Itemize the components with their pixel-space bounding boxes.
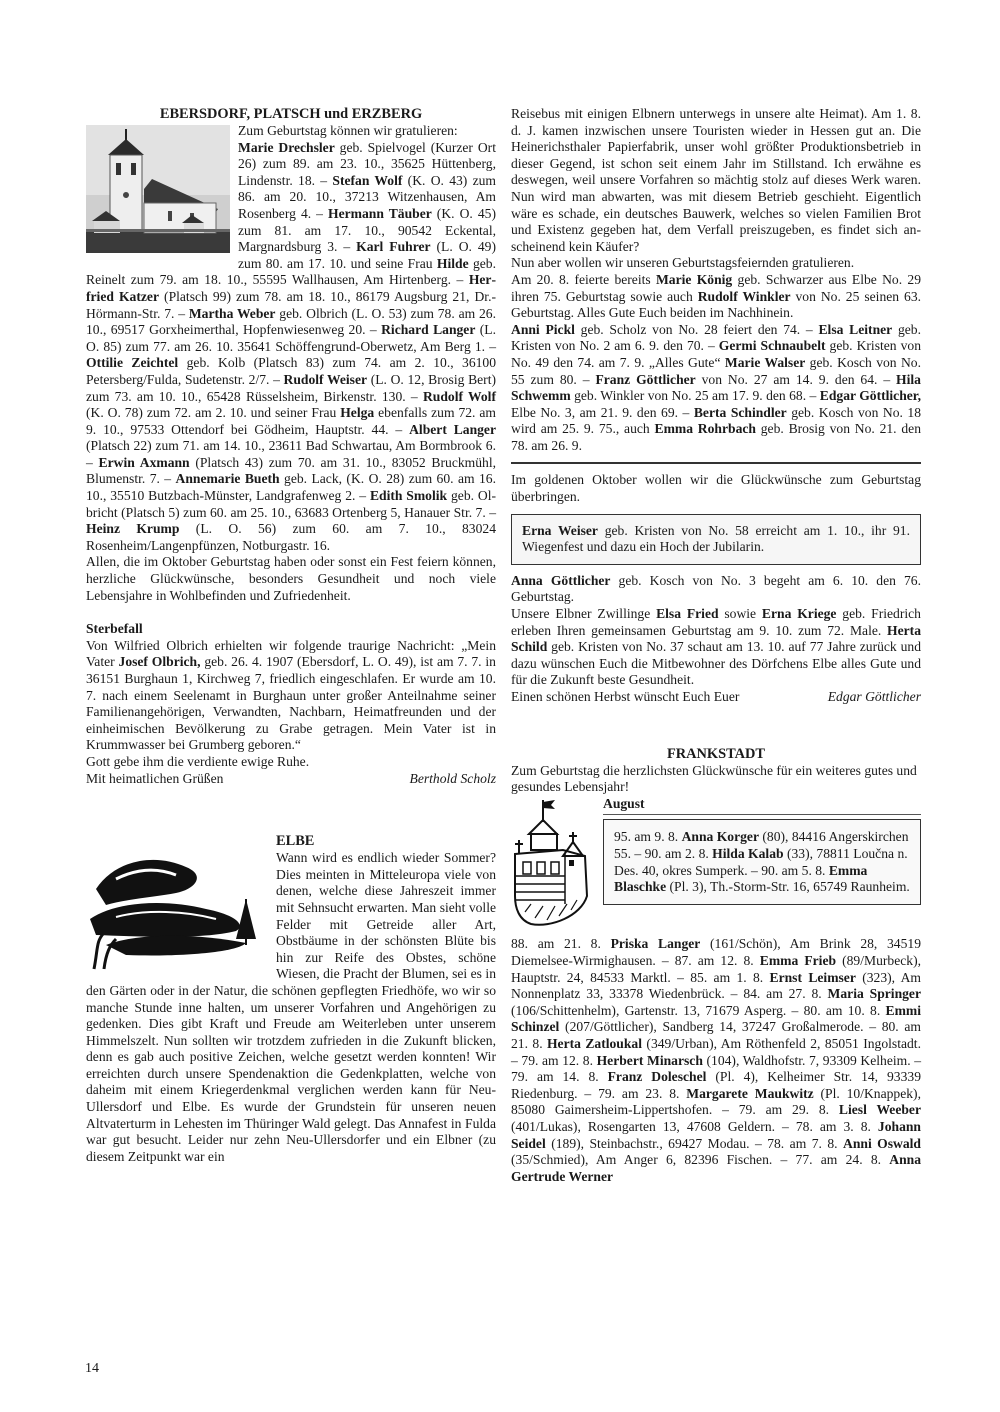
person-name: Franz Göttlicher	[595, 372, 695, 387]
elbe-signature-row: Einen schönen Herbst wünscht Euch Euer E…	[511, 689, 921, 706]
frankstadt-intro: Zum Geburtstag die herzlichsten Glückwün…	[511, 763, 921, 796]
section-title-sterbefall: Sterbefall	[86, 621, 496, 638]
person-name: Priska Langer	[611, 936, 701, 951]
elbe-section: ELBE Wann wird es endlich wieder Sommer?…	[86, 833, 496, 1165]
august-boxed-text: 95. am 9. 8. Anna Korger (80), 84416 Ang…	[614, 829, 910, 895]
person-name: Anni Oswald	[843, 1136, 921, 1151]
person-name: Marie König	[656, 272, 732, 287]
ebersdorf-closing: Allen, die im Oktober Geburtstag haben o…	[86, 554, 496, 604]
person-name: Maria Springer	[828, 986, 921, 1001]
person-name: Hilda Kalab	[712, 846, 783, 861]
sterbefall-greeting: Mit heimatlichen Grüßen	[86, 771, 223, 788]
highlight-box-august: 95. am 9. 8. Anna Korger (80), 84416 Ang…	[603, 819, 921, 904]
person-name: Emma Rohrbach	[655, 421, 756, 436]
landscape-drawing	[86, 847, 268, 976]
sterbefall-body: Von Wilfried Olbrich erhielten wir folge…	[86, 638, 496, 754]
church-image-icon	[86, 125, 230, 253]
person-name: Margarete Maukwitz	[686, 1086, 813, 1101]
person-name: Stefan Wolf	[332, 173, 402, 188]
elbe-signature: Edgar Göttlicher	[828, 689, 921, 706]
frankstadt-section: FRANKSTADT Zum Geburtstag die herzlichst…	[511, 746, 921, 1186]
person-name: Anni Pickl	[511, 322, 575, 337]
landscape-image-icon	[86, 849, 268, 971]
person-name: Emma Frieb	[760, 953, 836, 968]
person-name: Erna Kriege	[762, 606, 837, 621]
person-name: Ernst Leimser	[770, 970, 856, 985]
person-name: Anna Göttlicher	[511, 573, 610, 588]
person-name: Rudolf Winkler	[698, 289, 791, 304]
month-divider	[603, 814, 921, 815]
elbe-september-list: Anni Pickl geb. Scholz von No. 28 feiert…	[511, 322, 921, 455]
person-name: Herta Schild	[511, 623, 921, 655]
section-divider	[511, 462, 921, 464]
elbe-october-para5: Anna Göttlicher geb. Kosch von No. 3 beg…	[511, 573, 921, 606]
right-column: Reisebus mit einigen Elbnern unterwegs i…	[511, 106, 921, 1185]
elbe-october-para6: Unsere Elbner Zwillinge Elsa Fried sowie…	[511, 606, 921, 689]
person-name: Karl Fuhrer	[356, 239, 430, 254]
elbe-continued-para3: Am 20. 8. feierte bereits Marie König ge…	[511, 272, 921, 322]
person-name: Richard Langer	[381, 322, 475, 337]
frankstadt-birthday-list: 88. am 21. 8. Priska Langer (161/Schön),…	[511, 936, 921, 1185]
person-name: Berta Schindler	[694, 405, 787, 420]
section-title-ebersdorf: EBERSDORF, PLATSCH und ERZBERG	[86, 106, 496, 123]
page-number: 14	[85, 1361, 99, 1377]
person-name: Herta Zatloukal	[547, 1036, 642, 1051]
left-column: EBERSDORF, PLATSCH und ERZBERG Zum Gebur…	[86, 106, 496, 1165]
sterbefall-signature-row: Mit heimatlichen Grüßen Berthold Scholz	[86, 771, 496, 788]
person-name: Helga	[340, 405, 374, 420]
person-name: Josef Olbrich,	[119, 654, 201, 669]
person-name: Edgar Göttlicher,	[820, 388, 921, 403]
person-name: Ottilie Zeichtel	[86, 355, 178, 370]
person-name: Marie Walser	[725, 355, 805, 370]
person-name: Hilde	[437, 256, 469, 271]
person-name: Rudolf Weiser	[284, 372, 367, 387]
person-name: Liesl Weeber	[839, 1102, 921, 1117]
person-name: Marie Drechsler	[238, 140, 335, 155]
person-name: Herbert Minarsch	[597, 1053, 703, 1068]
sterbefall-signature: Berthold Scholz	[410, 771, 496, 788]
person-name: Anna Gertrude Werner	[511, 1152, 921, 1184]
person-name: Anne­marie Bueth	[176, 471, 280, 486]
castle-coat-of-arms	[511, 796, 595, 935]
person-name: Al­bert Langer	[409, 422, 496, 437]
castle-emblem-icon	[511, 796, 595, 930]
elbe-greeting: Einen schönen Herbst wünscht Euch Euer	[511, 689, 739, 706]
person-name: Emma Blaschke	[614, 863, 867, 895]
boxed-text: Erna Weiser geb. Kristen von No. 58 erre…	[522, 523, 910, 556]
elbe-continued-para2: Nun aber wollen wir unseren Geburtstagsf…	[511, 255, 921, 272]
person-name: Rudolf Wolf	[423, 389, 496, 404]
person-name: Heinz Krump	[86, 521, 179, 536]
elbe-continued-para1: Reisebus mit einigen Elbnern unterwegs i…	[511, 106, 921, 255]
church-photo	[86, 123, 230, 258]
person-name: Her­fried Katzer	[86, 272, 496, 304]
person-name: Edith Smolik	[370, 488, 447, 503]
sterbefall-line2: Gott gebe ihm die verdiente ewige Ruhe.	[86, 754, 496, 771]
person-name: Anna Korger	[682, 829, 759, 844]
person-name: Elsa Leitner	[818, 322, 892, 337]
section-title-frankstadt: FRANKSTADT	[511, 746, 921, 763]
person-name: Franz Doleschel	[608, 1069, 707, 1084]
person-name: Martha Weber	[189, 306, 276, 321]
person-name: Erna Weiser	[522, 523, 598, 538]
person-name: Hermann Täuber	[328, 206, 432, 221]
person-name: Emmi Schinzel	[511, 1003, 921, 1035]
october-intro: Im goldenen Oktober wollen wir die Glück…	[511, 472, 921, 505]
person-name: Erwin Axmann	[99, 455, 190, 470]
highlight-box-erna-weiser: Erna Weiser geb. Kristen von No. 58 erre…	[511, 514, 921, 565]
person-name: Germi Schnaubelt	[719, 338, 826, 353]
person-name: Elsa Fried	[656, 606, 718, 621]
